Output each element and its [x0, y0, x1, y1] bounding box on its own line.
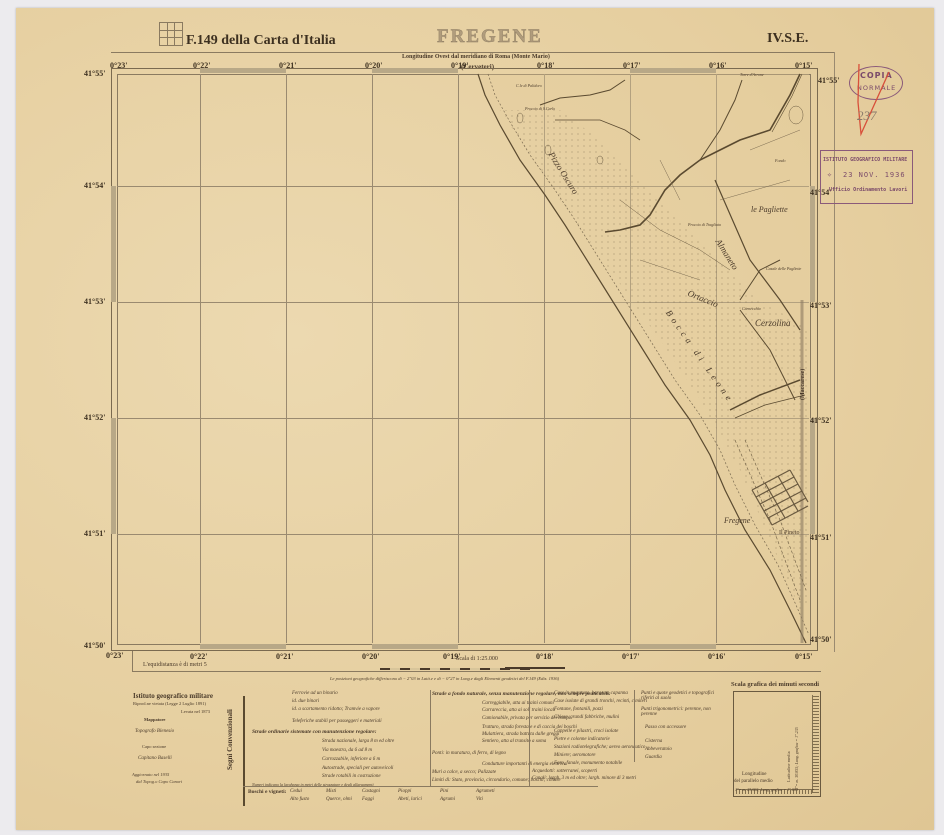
legend-item: Case in muratura, baracca, capanna [554, 691, 628, 696]
legend-item: Strade rotabili in costruzione [322, 774, 381, 779]
scale-lon-label: Longitudine [742, 772, 766, 777]
red-pencil-check [855, 62, 895, 138]
legend-bottom-rule [243, 786, 598, 787]
legend-item: Muri a calce, a secco; Palizzate [432, 770, 496, 775]
legend-item: Carrozzabile, inferiore a 6 m [322, 757, 380, 762]
label-procoio-san-carlo: Procoio di S.Carlo [525, 106, 555, 111]
label-le-pagliette: le Pagliette [751, 205, 788, 214]
woods-item: Pini [440, 789, 448, 794]
legend-item: Passo con accessore [645, 725, 686, 730]
legend-divider-1 [430, 690, 431, 786]
label-cerzolina: Cerzolina [755, 318, 791, 328]
label-casale-pagliette: Casale delle Pagliette [766, 266, 801, 271]
woods-item: Agrumi [440, 797, 455, 802]
positions-note: Le posizioni geografiche differiscono di… [330, 676, 559, 681]
legend-item: Ponti: in muratura, di ferro, di legno [432, 751, 506, 756]
mappatore-name: Topografo Blenesio [135, 729, 174, 734]
legend-item: Canali: largh. 3 m ed oltre; largh. mino… [532, 776, 636, 781]
legend-item: Acquedotti: sotterranei, scoperti [532, 769, 597, 774]
legend-item: Guardia [645, 755, 662, 760]
woods-item: Castagni [362, 789, 380, 794]
stamp-date: 23 NOV. 1936 [843, 171, 906, 179]
label-procoio-tragliata: Procoio di Tragliata [688, 222, 721, 227]
woods-item: Viti [476, 797, 483, 802]
scale-lat-value: 1"= m. 30.855; Lung. grafica = 1".235 [794, 727, 799, 790]
legend-item: Abbeveratoio [645, 747, 672, 752]
scale-lon-sub: del parallelo medio [734, 779, 773, 784]
label-carnecchia: Carnecchia [742, 306, 761, 311]
legend-item: Pietre e colonne indicatorie [554, 737, 610, 742]
legend-item: Ferrovie ad un binario [292, 691, 338, 696]
legend-item: Teleferiche stabili per passeggeri e mat… [292, 719, 382, 724]
legend-item: Fontane, fontanili, pozzi [554, 707, 603, 712]
legend-divider-3 [634, 690, 635, 762]
legend-title: Segni Convenzionali [226, 709, 234, 770]
label-fregene: Fregene [724, 516, 750, 525]
handwritten-number: 237 [857, 108, 877, 124]
legend-item: Chiese, grandi fabbriche, mulini [554, 715, 619, 720]
legend-item: id. a scartamento ridotto; Tramvie a vap… [292, 707, 380, 712]
legend-left-rule [243, 696, 245, 806]
stamp-line3: Ufficio Ordinamento Lavori [829, 187, 907, 193]
institute-stamp: ISTITUTO GEOGRAFICO MILITARE 23 NOV. 193… [820, 150, 913, 204]
legend-item: id. due binari [292, 699, 319, 704]
legend-item: Mulattiera, strada battuta dalle greggi [482, 732, 559, 737]
label-casale-palidoro: C.le di Palidoro [516, 83, 542, 88]
legend-item: Strada nazionale, larga 8 m ed oltre [322, 739, 394, 744]
update-by: dal Topog.o Capo Canori [136, 779, 182, 784]
label-fondo: Fondo [775, 158, 785, 163]
scale-lon-value: 1"= m. 23.002; Lung. grafica = 1".003 [735, 787, 798, 792]
legend-item: Stazioni radiotelegrafiche; aereo aerona… [554, 745, 645, 750]
woods-item: Pioppi [398, 789, 411, 794]
woods-item: Alto fusto [290, 797, 309, 802]
capo-label: Capo sezione [142, 744, 166, 749]
equidistance-note: L'equidistanza è di metri 5 [143, 662, 207, 668]
reproduction-note: Riprod.ne vietata (Legge 2 Luglio 1891) [133, 701, 206, 706]
legend-divider-2 [529, 690, 530, 786]
label-torre-arrone: Torre d'Arrone [740, 72, 764, 77]
scale-lat-label: Latitudine media [786, 751, 791, 782]
woods-item: Misti [326, 789, 336, 794]
woods-item: Faggi [362, 797, 374, 802]
institute-title: Istituto geografico militare [133, 692, 213, 700]
scale-graphic-y-axis [812, 695, 819, 793]
legend-item: Strade ordinarie sistemate con manutenzi… [252, 729, 377, 735]
legend-item: Cappelle e pilastri, croci isolate [554, 729, 618, 734]
label-maccarese: (Maccarese) [800, 369, 806, 400]
woods-list: Cedui Alto fusto Misti Querce, olmi Cast… [290, 789, 610, 805]
legend-item: Carreggiabile, atta ai traini comuni [482, 701, 554, 706]
legend-item: Cisterna [645, 739, 662, 744]
scale-bar-right [505, 667, 565, 669]
stamp-line1: ISTITUTO GEOGRAFICO MILITARE [823, 157, 907, 163]
woods-item: Querce, olmi [326, 797, 352, 802]
legend-item: Autostrade, speciali per autoveicoli [322, 766, 393, 771]
label-il-pineto: Il Pineto [779, 530, 800, 536]
scale-graphic-title: Scala grafica dei minuti secondi [731, 681, 819, 688]
woods-label: Boschi e vigneti: [248, 789, 287, 795]
legend-item: Punti trigonometrici: perenne, non peren… [641, 707, 716, 717]
update-note: Aggiornato nel 1935 [132, 772, 169, 777]
legend-item: Sentiero, atta al transito a soma [482, 739, 546, 744]
stamp-star-icon: ✧ [827, 170, 832, 179]
woods-item: Cedui [290, 789, 302, 794]
legend-item: Punti e quote geodetici e topografici ri… [641, 691, 716, 701]
capo-name: Capitano Baselli [138, 756, 172, 761]
woods-item: Abeti, larici [398, 797, 422, 802]
scale-ratio: Scala di 1:25.000 [456, 656, 498, 662]
legend-item: Carrareccia, atta ai soli traini locali [482, 708, 555, 713]
legend-item: Miniere; aeromotore [554, 753, 596, 758]
woods-item: Agrumeti [476, 789, 495, 794]
legend-item: Via maestra, da 6 ad 8 m [322, 748, 372, 753]
mappatore-label: Mappatore [144, 717, 165, 722]
survey-year: Levata nel 1873 [181, 709, 210, 714]
legend-item: Faro, fanale, monumento notabile [554, 761, 622, 766]
